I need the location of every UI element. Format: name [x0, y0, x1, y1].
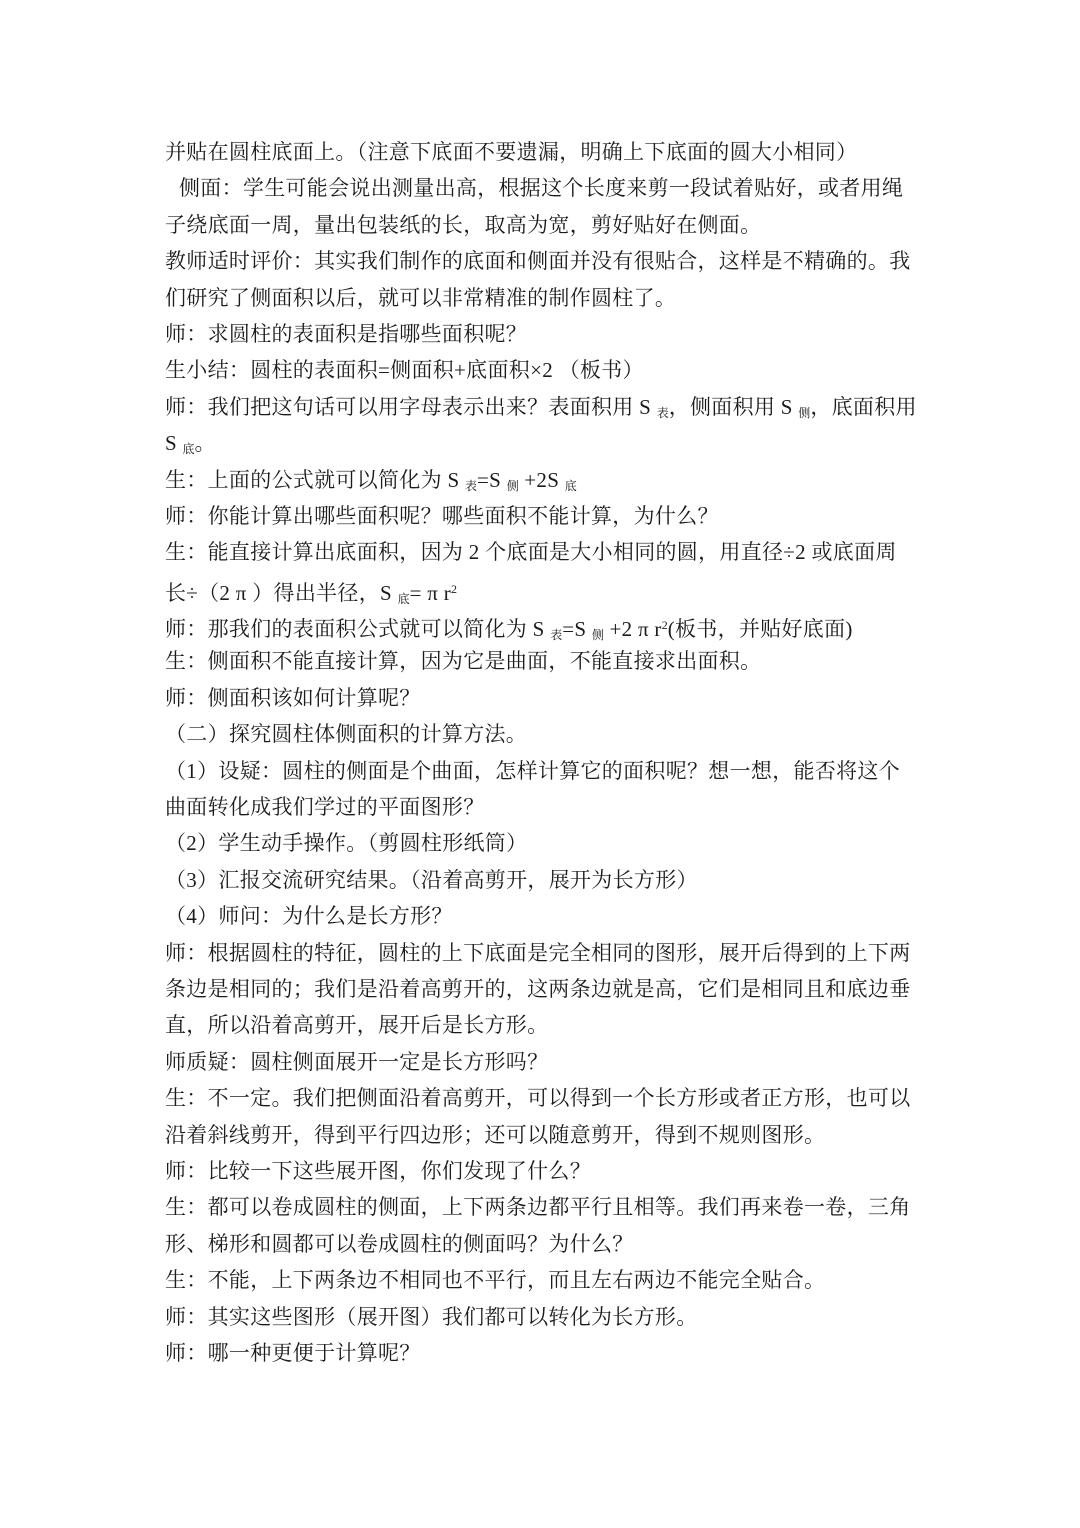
document-line: 师：根据圆柱的特征，圆柱的上下底面是完全相同的图形，展开后得到的上下两 — [165, 935, 955, 971]
text-run: ，底面积用 — [810, 395, 917, 419]
text-run: 师质疑：圆柱侧面展开一定是长方形吗？ — [165, 1050, 548, 1074]
text-run: 条边是相同的；我们是沿着高剪开的，这两条边就是高，它们是相同且和底边垂 — [165, 977, 911, 1001]
formula-subscript: 表 — [465, 479, 477, 493]
document-line: 侧面：学生可能会说出测量出高，根据这个长度来剪一段试着贴好，或者用绳 — [165, 170, 955, 206]
text-run: 生：都可以卷成圆柱的侧面，上下两条边都平行且相等。我们再来卷一卷，三角 — [165, 1195, 911, 1219]
document-line: 们研究了侧面积以后，就可以非常精准的制作圆柱了。 — [165, 280, 955, 316]
document-line: S 底。 — [165, 425, 955, 461]
text-run: 生：上面的公式就可以简化为 S — [165, 468, 465, 492]
text-run: 师：求圆柱的表面积是指哪些面积呢？ — [165, 322, 527, 346]
formula-subscript: 表 — [550, 628, 562, 642]
text-run: 侧面：学生可能会说出测量出高，根据这个长度来剪一段试着贴好，或者用绳 — [179, 176, 903, 200]
text-run: （4）师问：为什么是长方形？ — [165, 904, 453, 928]
formula-superscript: 2 — [451, 582, 457, 596]
text-run: 生：侧面积不能直接计算，因为它是曲面，不能直接求出面积。 — [165, 649, 761, 673]
document-line: 条边是相同的；我们是沿着高剪开的，这两条边就是高，它们是相同且和底边垂 — [165, 971, 955, 1007]
document-line: （1）设疑：圆柱的侧面是个曲面，怎样计算它的面积呢？想一想，能否将这个 — [165, 753, 955, 789]
text-run: 长÷（2 π ）得出半径，S — [165, 581, 398, 605]
text-run: =S — [477, 468, 507, 492]
formula-subscript: 底 — [565, 479, 577, 493]
document-line: 师：我们把这句话可以用字母表示出来？表面积用 S 表，侧面积用 S 侧，底面积用 — [165, 389, 955, 425]
document-line: 师：其实这些图形（展开图）我们都可以转化为长方形。 — [165, 1299, 955, 1335]
document-line: 师：求圆柱的表面积是指哪些面积呢？ — [165, 316, 955, 352]
formula-subscript: 表 — [657, 406, 669, 420]
text-run: 直，所以沿着高剪开，展开后是长方形。 — [165, 1013, 548, 1037]
text-run: +2S — [519, 468, 565, 492]
text-run: ，侧面积用 S — [669, 395, 799, 419]
document-line: 生：侧面积不能直接计算，因为它是曲面，不能直接求出面积。 — [165, 643, 955, 679]
document-line: 形、梯形和圆都可以卷成圆柱的侧面吗？为什么？ — [165, 1226, 955, 1262]
text-run: 们研究了侧面积以后，就可以非常精准的制作圆柱了。 — [165, 286, 676, 310]
text-run: （2）学生动手操作。（剪圆柱形纸筒） — [165, 831, 527, 855]
text-run: 师：那我们的表面积公式就可以简化为 S — [165, 617, 550, 641]
document-line: 生：上面的公式就可以简化为 S 表=S 侧 +2S 底 — [165, 462, 955, 498]
formula-subscript: 侧 — [592, 628, 604, 642]
text-run: （1）设疑：圆柱的侧面是个曲面，怎样计算它的面积呢？想一想，能否将这个 — [165, 759, 900, 783]
document-line: 直，所以沿着高剪开，展开后是长方形。 — [165, 1007, 955, 1043]
document-line: 长÷（2 π ）得出半径，S 底= π r2 — [165, 571, 955, 607]
formula-subscript: 侧 — [507, 479, 519, 493]
text-run: +2 π r — [604, 617, 662, 641]
text-run: =S — [562, 617, 592, 641]
text-run: 师：我们把这句话可以用字母表示出来？表面积用 S — [165, 395, 657, 419]
text-run: 生小结：圆柱的表面积=侧面积+底面积×2 （板书） — [165, 358, 644, 382]
text-run: 并贴在圆柱底面上。（注意下底面不要遗漏，明确上下底面的圆大小相同） — [165, 140, 857, 164]
text-run: 生：不一定。我们把侧面沿着高剪开，可以得到一个长方形或者正方形，也可以 — [165, 1086, 911, 1110]
text-run: = π r — [410, 581, 451, 605]
document-line: （3）汇报交流研究结果。（沿着高剪开，展开为长方形） — [165, 862, 955, 898]
text-run: 师：比较一下这些展开图，你们发现了什么？ — [165, 1159, 591, 1183]
text-run: 沿着斜线剪开，得到平行四边形；还可以随意剪开，得到不规则图形。 — [165, 1123, 825, 1147]
text-run: 师：根据圆柱的特征，圆柱的上下底面是完全相同的图形，展开后得到的上下两 — [165, 941, 911, 965]
text-run: 师：其实这些图形（展开图）我们都可以转化为长方形。 — [165, 1305, 698, 1329]
text-run: （二）探究圆柱体侧面积的计算方法。 — [165, 722, 527, 746]
document-line: 师：比较一下这些展开图，你们发现了什么？ — [165, 1153, 955, 1189]
document-line: 沿着斜线剪开，得到平行四边形；还可以随意剪开，得到不规则图形。 — [165, 1117, 955, 1153]
text-run: 生：能直接计算出底面积，因为 2 个底面是大小相同的圆，用直径÷2 或底面周 — [165, 540, 897, 564]
text-run: 生：不能，上下两条边不相同也不平行，而且左右两边不能完全贴合。 — [165, 1268, 825, 1292]
document-line: 并贴在圆柱底面上。（注意下底面不要遗漏，明确上下底面的圆大小相同） — [165, 134, 955, 170]
document-line: 师：侧面积该如何计算呢？ — [165, 680, 955, 716]
text-run: 师：哪一种更便于计算呢？ — [165, 1341, 421, 1365]
document-line: 生：能直接计算出底面积，因为 2 个底面是大小相同的圆，用直径÷2 或底面周 — [165, 534, 955, 570]
text-run: 师：侧面积该如何计算呢？ — [165, 686, 421, 710]
document-line: 生：不能，上下两条边不相同也不平行，而且左右两边不能完全贴合。 — [165, 1262, 955, 1298]
text-run: 。 — [195, 431, 216, 455]
document-line: 生：都可以卷成圆柱的侧面，上下两条边都平行且相等。我们再来卷一卷，三角 — [165, 1189, 955, 1225]
document-line: （2）学生动手操作。（剪圆柱形纸筒） — [165, 825, 955, 861]
document-line: 生小结：圆柱的表面积=侧面积+底面积×2 （板书） — [165, 352, 955, 388]
document-line: 生：不一定。我们把侧面沿着高剪开，可以得到一个长方形或者正方形，也可以 — [165, 1080, 955, 1116]
text-run: 师：你能计算出哪些面积呢？哪些面积不能计算，为什么？ — [165, 504, 719, 528]
document-line: （4）师问：为什么是长方形？ — [165, 898, 955, 934]
document-line: （二）探究圆柱体侧面积的计算方法。 — [165, 716, 955, 752]
document-line: 师：哪一种更便于计算呢？ — [165, 1335, 955, 1371]
text-run: (板书，并贴好底面) — [668, 617, 853, 641]
document-line: 师：那我们的表面积公式就可以简化为 S 表=S 侧 +2 π r2(板书，并贴好… — [165, 607, 955, 643]
text-run: S — [165, 431, 183, 455]
formula-subscript: 底 — [183, 442, 195, 456]
text-run: 曲面转化成我们学过的平面图形？ — [165, 795, 485, 819]
document-page: 并贴在圆柱底面上。（注意下底面不要遗漏，明确上下底面的圆大小相同）侧面：学生可能… — [0, 0, 1080, 1528]
text-run: 子绕底面一周，量出包装纸的长，取高为宽，剪好贴好在侧面。 — [165, 213, 761, 237]
text-run: （3）汇报交流研究结果。（沿着高剪开，展开为长方形） — [165, 868, 698, 892]
document-line: 曲面转化成我们学过的平面图形？ — [165, 789, 955, 825]
document-line: 教师适时评价：其实我们制作的底面和侧面并没有很贴合，这样是不精确的。我 — [165, 243, 955, 279]
text-run: 形、梯形和圆都可以卷成圆柱的侧面吗？为什么？ — [165, 1232, 634, 1256]
formula-subscript: 底 — [398, 592, 410, 606]
formula-subscript: 侧 — [798, 406, 810, 420]
text-run: 教师适时评价：其实我们制作的底面和侧面并没有很贴合，这样是不精确的。我 — [165, 249, 911, 273]
document-line: 师：你能计算出哪些面积呢？哪些面积不能计算，为什么？ — [165, 498, 955, 534]
document-body: 并贴在圆柱底面上。（注意下底面不要遗漏，明确上下底面的圆大小相同）侧面：学生可能… — [165, 134, 955, 1371]
document-line: 师质疑：圆柱侧面展开一定是长方形吗？ — [165, 1044, 955, 1080]
document-line: 子绕底面一周，量出包装纸的长，取高为宽，剪好贴好在侧面。 — [165, 207, 955, 243]
